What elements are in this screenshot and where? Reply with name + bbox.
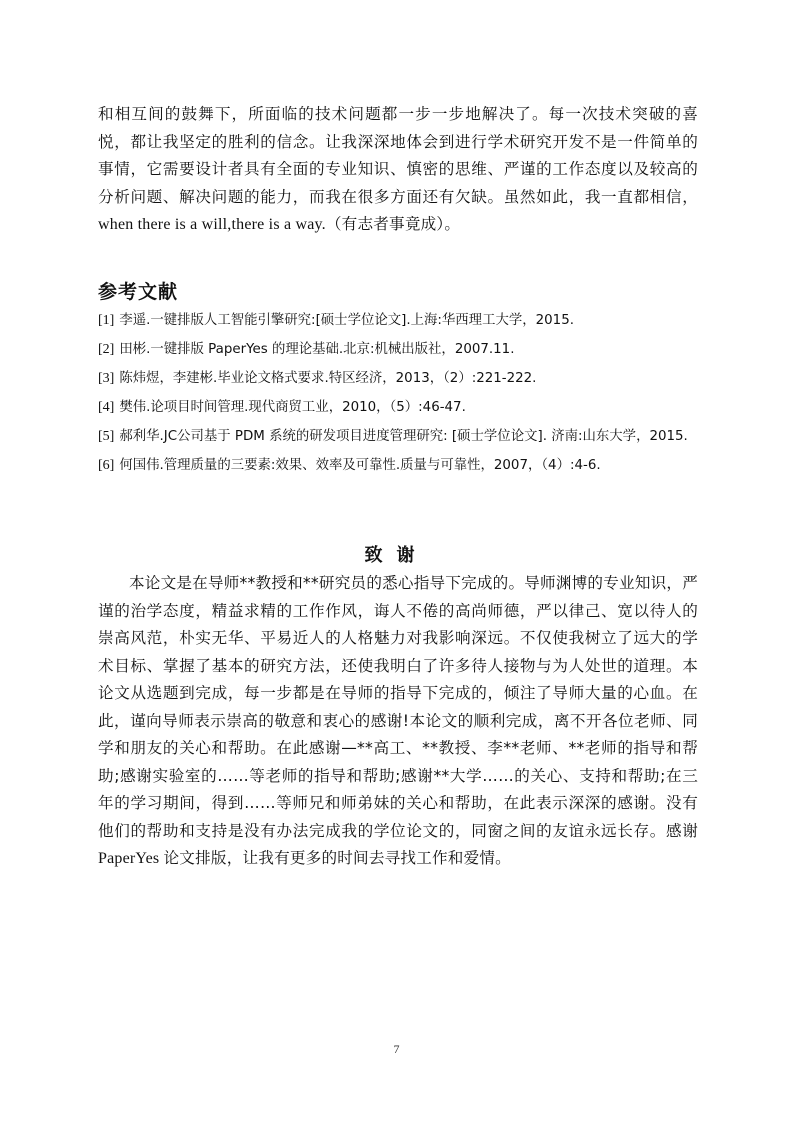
continuation-text-en: when there is a will,there is a way. xyxy=(98,216,326,233)
continuation-text-tail: （有志者事竟成）。 xyxy=(326,215,460,233)
acknowledgement-text-a: 本论文是在导师**教授和**研究员的悉心指导下完成的。导师渊博的专业知识，严谨的… xyxy=(98,574,698,840)
reference-text: 陈炜煜，李建彬.毕业论文格式要求.特区经济，2013，（2）:221-222. xyxy=(119,371,536,386)
acknowledgement-text: 本论文是在导师**教授和**研究员的悉心指导下完成的。导师渊博的专业知识，严谨的… xyxy=(98,570,698,873)
reference-number: [1] xyxy=(98,313,114,328)
acknowledgement-heading: 致谢 xyxy=(0,541,793,567)
acknowledgement-paragraph: 本论文是在导师**教授和**研究员的悉心指导下完成的。导师渊博的专业知识，严谨的… xyxy=(98,570,698,873)
reference-text: 李遥.一键排版人工智能引擎研究:[硕士学位论文].上海:华西理工大学，2015. xyxy=(119,313,574,328)
reference-text: 樊伟.论项目时间管理.现代商贸工业，2010，（5）:46-47. xyxy=(119,400,466,415)
acknowledgement-brand: PaperYes xyxy=(98,850,164,867)
reference-item: [5]郝利华.JC公司基于 PDM 系统的研发项目进度管理研究: [硕士学位论文… xyxy=(98,427,708,456)
document-page: 和相互间的鼓舞下，所面临的技术问题都一步一步地解决了。每一次技术突破的喜悦，都让… xyxy=(0,0,793,1122)
reference-number: [5] xyxy=(98,429,114,444)
continuation-paragraph: 和相互间的鼓舞下，所面临的技术问题都一步一步地解决了。每一次技术突破的喜悦，都让… xyxy=(98,101,698,239)
reference-number: [4] xyxy=(98,400,114,415)
reference-item: [1]李遥.一键排版人工智能引擎研究:[硕士学位论文].上海:华西理工大学，20… xyxy=(98,311,708,340)
reference-text: 郝利华.JC公司基于 PDM 系统的研发项目进度管理研究: [硕士学位论文]. … xyxy=(119,429,687,444)
reference-number: [2] xyxy=(98,342,114,357)
reference-item: [4]樊伟.论项目时间管理.现代商贸工业，2010，（5）:46-47. xyxy=(98,398,708,427)
reference-item: [2]田彬.一键排版 PaperYes 的理论基础.北京:机械出版社，2007.… xyxy=(98,340,708,369)
reference-text: 田彬.一键排版 PaperYes 的理论基础.北京:机械出版社，2007.11. xyxy=(119,342,514,357)
acknowledgement-text-b: 论文排版，让我有更多的时间去寻找工作和爱情。 xyxy=(164,849,511,867)
reference-number: [3] xyxy=(98,371,114,386)
reference-number: [6] xyxy=(98,458,114,473)
reference-item: [3]陈炜煜，李建彬.毕业论文格式要求.特区经济，2013，（2）:221-22… xyxy=(98,369,708,398)
continuation-text: 和相互间的鼓舞下，所面临的技术问题都一步一步地解决了。每一次技术突破的喜悦，都让… xyxy=(98,101,698,239)
reference-item: [6]何国伟.管理质量的三要素:效果、效率及可靠性.质量与可靠性，2007，（4… xyxy=(98,456,708,485)
reference-text: 何国伟.管理质量的三要素:效果、效率及可靠性.质量与可靠性，2007，（4）:4… xyxy=(119,458,600,473)
references-heading: 参考文献 xyxy=(98,277,178,304)
references-list: [1]李遥.一键排版人工智能引擎研究:[硕士学位论文].上海:华西理工大学，20… xyxy=(98,311,708,485)
page-number: 7 xyxy=(0,1042,793,1057)
continuation-text-cn: 和相互间的鼓舞下，所面临的技术问题都一步一步地解决了。每一次技术突破的喜悦，都让… xyxy=(98,105,698,206)
